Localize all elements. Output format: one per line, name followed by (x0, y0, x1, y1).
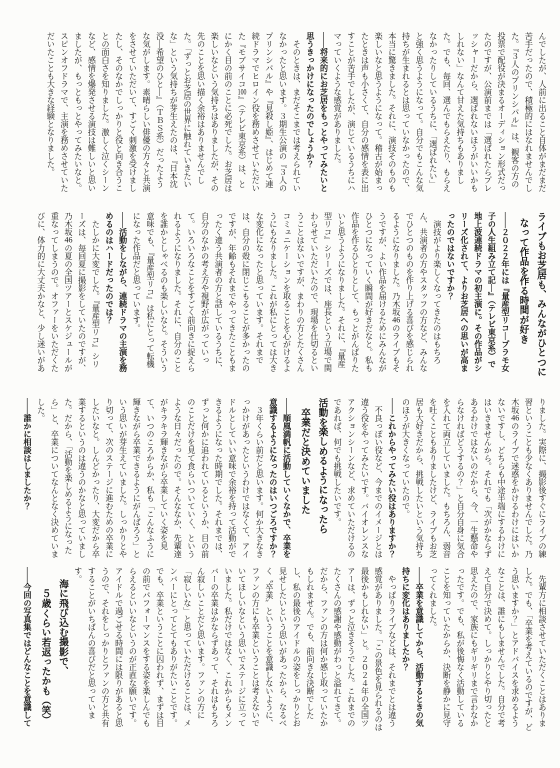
interview-question: ——将来的にお芝居をもっとやってみたいと思うきっかけになったのでしょうか？ (303, 32, 330, 193)
tate-chu-yoko-number: 100 (238, 88, 247, 96)
interview-question: ——今回の写真集ではどんなことを意識して (20, 567, 34, 731)
section-heading: 活動を楽しめるようになったら (313, 398, 329, 560)
paragraph: たしかに大変でした。『量産型リコ』シリーズは、毎回夏に撮影をしていたのですが、乃… (34, 212, 102, 375)
paragraph: 不良っぽい役など、今までのイメージとは違う役をやってみたいです。バイオレンスなア… (331, 398, 386, 560)
interview-question: ——誰かに相談はしましたか？ (20, 398, 34, 560)
text-band-4: 先輩方に相談させていただくことはありました。でも、「卒業を考えているのですが、ど… (8, 567, 549, 731)
interview-question: ——活動をしながら、連続ドラマの主演を務めるのはハードだったのでは？ (102, 212, 129, 375)
paragraph: そのときは、まだそこまでは考えられていなかったと思います。３期生公演の『３人のプ… (44, 32, 303, 193)
section-heading: 卒業だと決めていました (296, 398, 312, 570)
paragraph: 先輩方に相談させていただくことはありました。でも、「卒業を考えているのですが、ど… (426, 567, 549, 731)
tate-chu-yoko-number: 46 (511, 414, 520, 422)
paragraph: りました。実際に、撮影後すぐにライブの練習ということも少なくありませんでした。乃… (399, 398, 549, 560)
paragraph: んでしたが、人前に出ること自体がまだまだ苦手だったので、積極的にはなれませんでし… (331, 32, 550, 193)
paragraph: 演技がより楽しくなってきたのはもちろん、共演者の方やスタッフの方など、みんなでひ… (130, 212, 444, 375)
section-heading: なって作品を作る時間が好き (514, 212, 530, 381)
magazine-page: んでしたが、人前に出ること自体がまだまだ苦手だったので、積極的にはなれませんでし… (0, 0, 560, 768)
paragraph: ３年くらい前だと思います。何か大きなきっかけがあったというわけではなくて、アイド… (34, 398, 266, 560)
interview-question: ——これからやってみたい役はありますか？ (385, 398, 399, 560)
text-band-3: りました。実際に、撮影後すぐにライブの練習ということも少なくありませんでした。乃… (8, 398, 549, 560)
tate-chu-yoko-number: 46 (64, 236, 73, 244)
tate-chu-yoko-number: 46 (392, 316, 401, 324)
text-band-2: ライブもお芝居も、みんながひとつになって作品を作る時間が好き——２０２２年には『… (8, 212, 549, 375)
section-heading: 海に飛び込む撮影で、 (54, 567, 70, 743)
interview-question: ——順風満帆に活動していくなかで、卒業を意識するようになったのはいつごろですか？ (266, 398, 293, 560)
text-band-1: んでしたが、人前に出ること自体がまだまだ苦手だったので、積極的にはなれませんでし… (8, 32, 549, 193)
interview-question: ——２０２２年には『量産型リコ―プラモ女子の人生組み立て記―』（テレビ東京系）で… (444, 212, 512, 375)
section-heading: ５歳くらい若返ったかも（笑） (36, 567, 52, 753)
section-heading: ライブもお芝居も、みんながひとつに (532, 212, 548, 375)
paragraph: やっぱりライブなどは、それまでとは違う感覚がありました。「この景色を見られるのは… (71, 567, 399, 731)
interview-question: ——卒業を意識してから、活動するときの気持ちに変化はありましたか？ (399, 567, 426, 731)
